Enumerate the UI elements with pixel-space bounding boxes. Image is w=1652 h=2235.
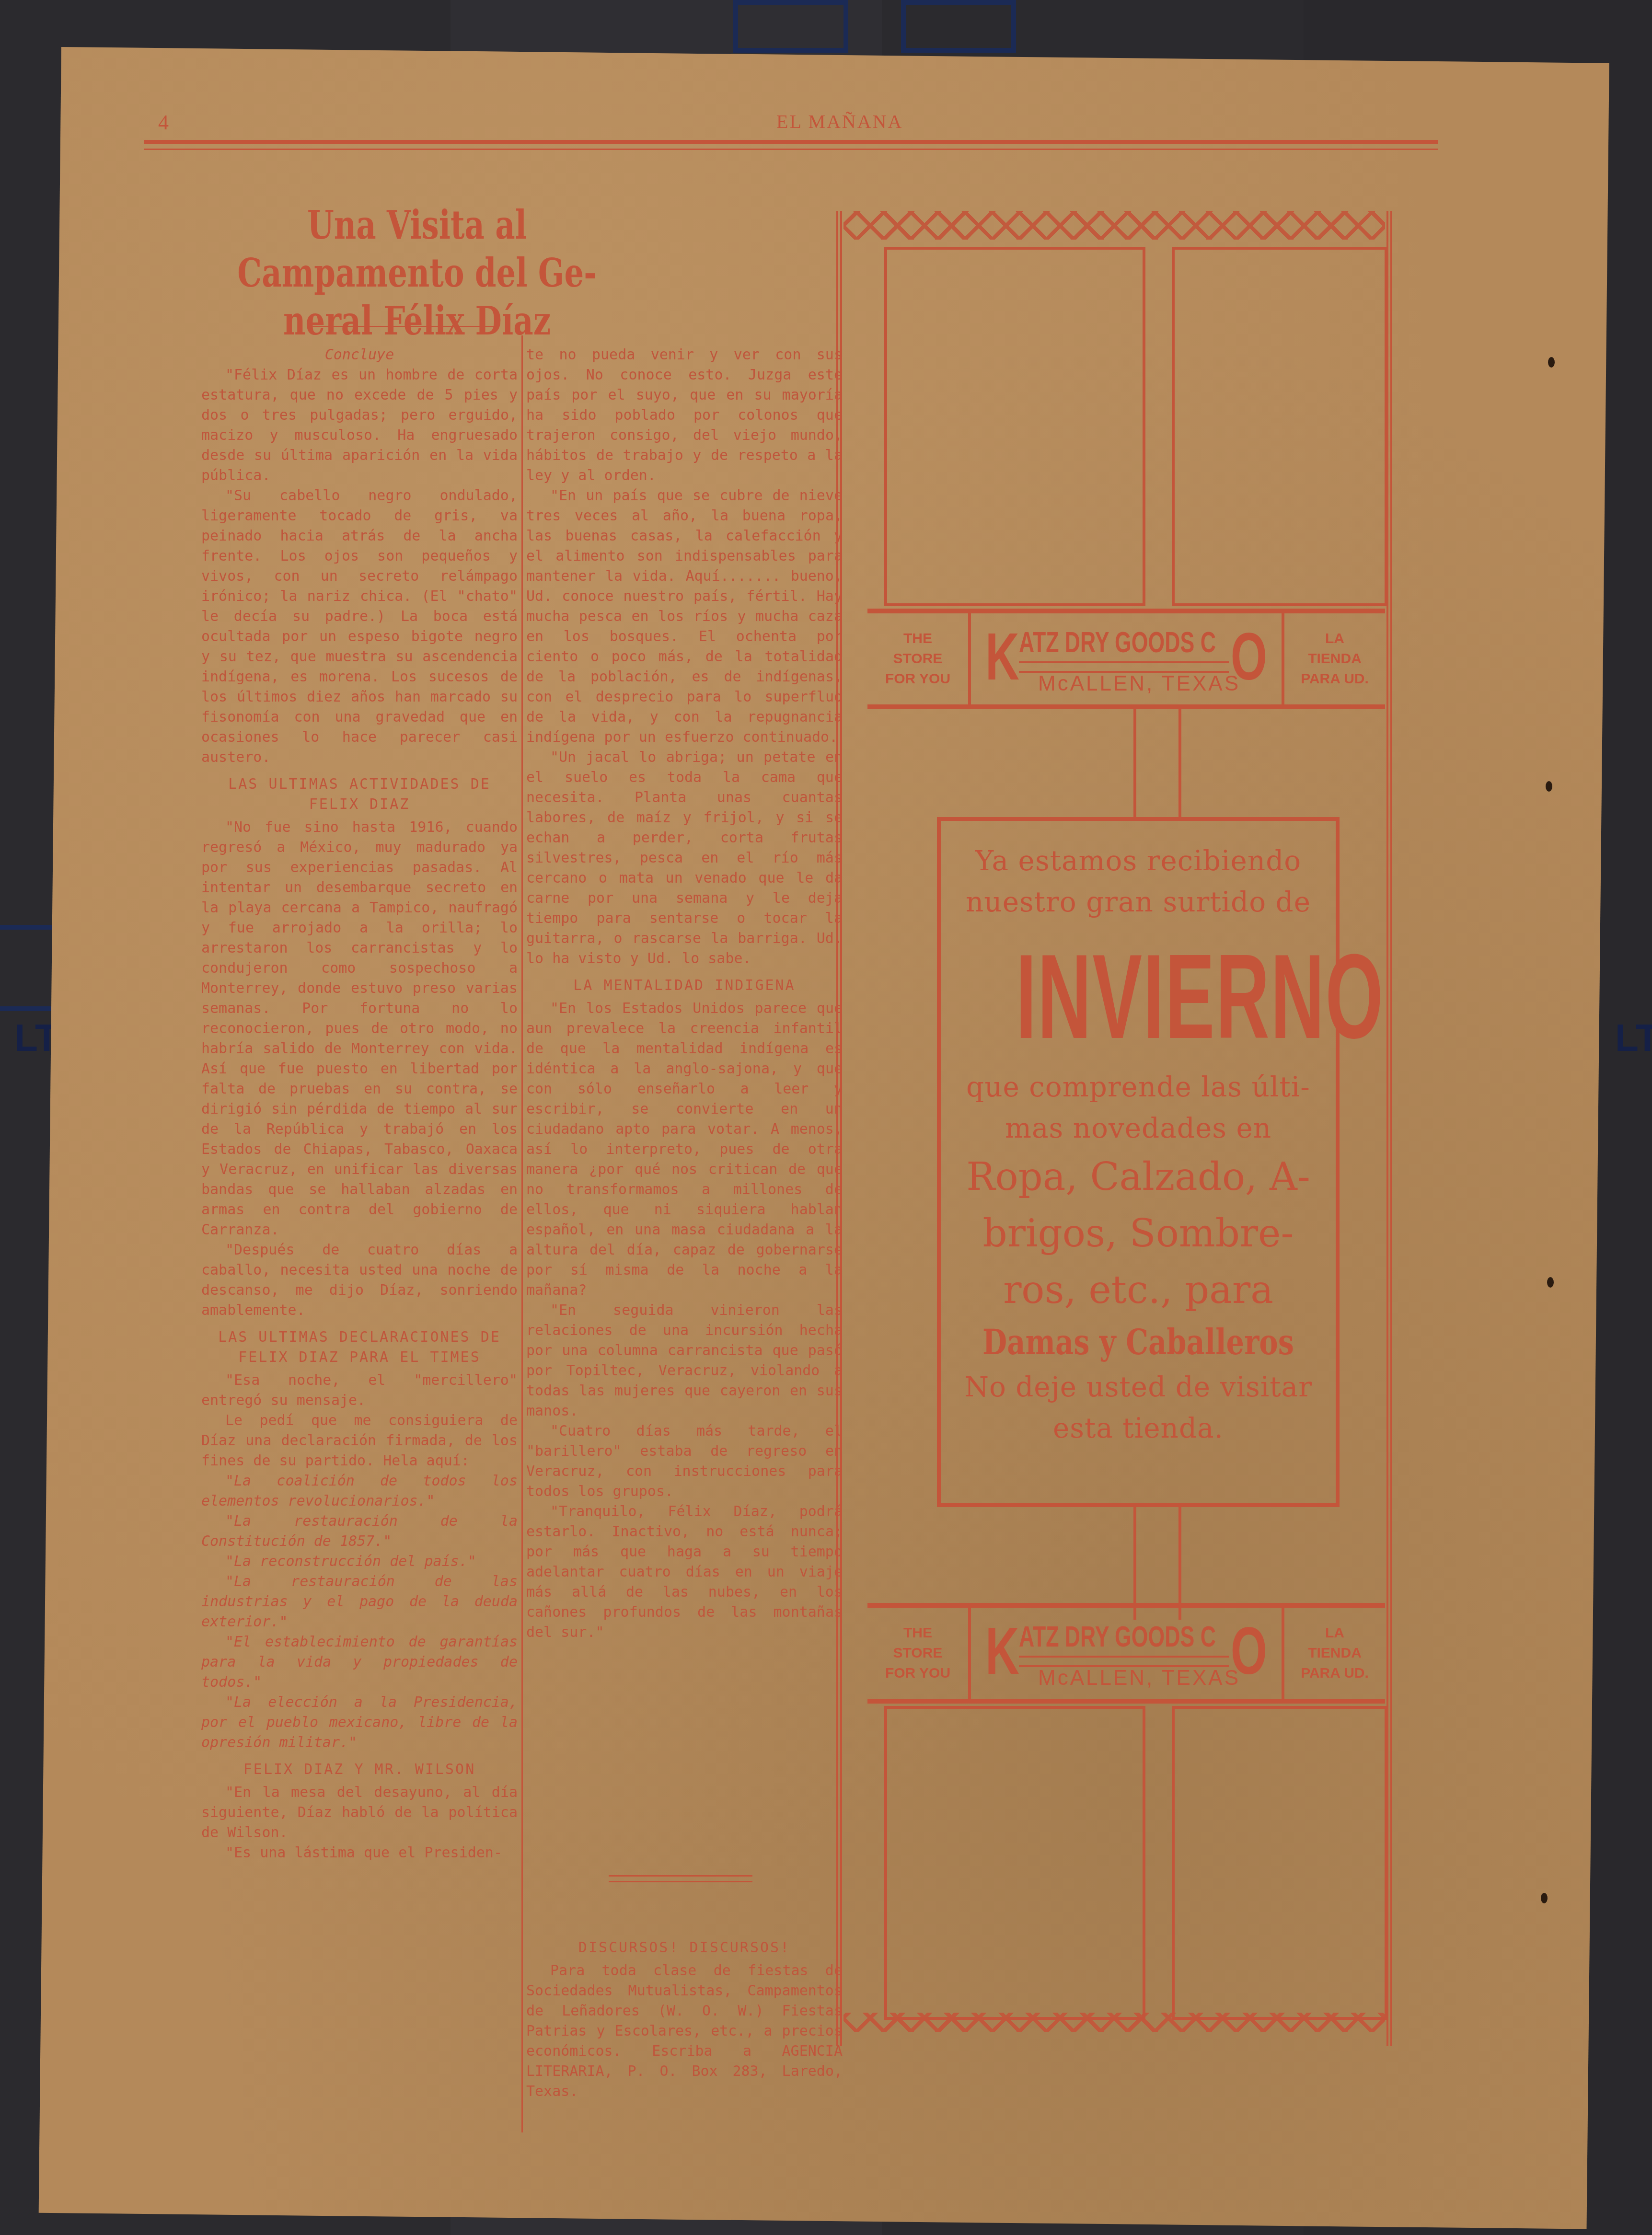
ad-line: esta tienda.: [941, 1407, 1336, 1449]
banner-store-name: K ATZ DRY GOODS C O McALLEN, TEXAS: [968, 1608, 1284, 1699]
subheading: LA MENTALIDAD INDIGENA: [526, 976, 843, 996]
header-rule-thick: [144, 140, 1438, 144]
paragraph: "En los Estados Unidos parece que aun pr…: [526, 999, 843, 1301]
paragraph: te no pueda venir y ver con sus ojos. No…: [526, 345, 843, 486]
banner-left-tag: THE STORE FOR YOU: [867, 613, 968, 704]
tag-line: STORE: [885, 1643, 950, 1663]
tag-line: THE: [885, 1623, 950, 1643]
headline-line-1: Una Visita al Campamento del Ge-: [211, 201, 623, 297]
continuation-label: Concluye: [201, 345, 518, 365]
paragraph: "Su cabello negro ondulado, ligeramente …: [201, 486, 518, 768]
paragraph: "En la mesa del desayuno, al día siguien…: [201, 1783, 518, 1843]
tag-line: TIENDA: [1301, 1643, 1369, 1663]
tag-line: TIENDA: [1301, 649, 1369, 669]
article-column-1: Concluye "Félix Díaz es un hombre de cor…: [201, 345, 518, 1863]
banner-store-name: K ATZ DRY GOODS C O McALLEN, TEXAS: [968, 613, 1284, 704]
masthead: EL MAÑANA: [776, 110, 903, 133]
store-name: ATZ DRY GOODS C: [1019, 1620, 1216, 1654]
ad-panel-top-left: [884, 247, 1145, 606]
article-headline: Una Visita al Campamento del Ge- neral F…: [211, 201, 623, 345]
ad-line: Ya estamos recibiendo: [941, 840, 1336, 881]
banner-right-tag: LA TIENDA PARA UD.: [1284, 613, 1385, 704]
ad-connector-top: [1133, 704, 1181, 819]
subheading: FELIX DIAZ Y MR. WILSON: [201, 1760, 518, 1780]
discursos-notice: DISCURSOS! DISCURSOS! Para toda clase de…: [526, 1931, 843, 2102]
page-number: 4: [158, 110, 169, 135]
notice-body: Para toda clase de fiestas de Sociedades…: [526, 1961, 843, 2102]
subheading: LAS ULTIMAS DECLARACIONES DE FELIX DIAZ …: [201, 1327, 518, 1368]
ad-headline: INVIERNO: [1016, 937, 1261, 1057]
ad-panel-bottom-right: [1172, 1706, 1387, 2020]
punch-hole: [1548, 357, 1555, 368]
article-end-rule: [609, 1875, 752, 1877]
banner-right-tag: LA TIENDA PARA UD.: [1284, 1608, 1385, 1699]
paragraph: "En un país que se cubre de nieve tres v…: [526, 486, 843, 748]
store-name-underline: [1019, 1656, 1229, 1667]
scanner-label-text-right: LT: [1615, 1016, 1652, 1060]
store-initial-k: K: [985, 623, 1019, 690]
store-city: McALLEN, TEXAS: [1038, 1666, 1240, 1690]
notice-title: DISCURSOS! DISCURSOS!: [526, 1938, 843, 1958]
banner-left-tag: THE STORE FOR YOU: [867, 1608, 968, 1699]
declaration-item: "La restauración de las industrias y el …: [201, 1572, 518, 1632]
punch-hole: [1541, 1893, 1548, 1903]
store-banner-bottom: THE STORE FOR YOU K ATZ DRY GOODS C O Mc…: [867, 1603, 1385, 1704]
ad-line: brigos, Sombre-: [941, 1205, 1336, 1262]
headline-line-2: neral Félix Díaz: [211, 297, 623, 345]
store-initial-k: K: [985, 1617, 1019, 1684]
store-city: McALLEN, TEXAS: [1038, 672, 1240, 696]
tag-line: FOR YOU: [885, 1663, 950, 1683]
ad-connector-bottom: [1133, 1505, 1181, 1620]
declaration-item: "La coalición de todos los elementos rev…: [201, 1471, 518, 1511]
paragraph: "Es una lástima que el Presiden-: [201, 1843, 518, 1863]
header-rule-thin: [144, 149, 1438, 150]
paragraph: "Esa noche, el "mercillero" entregó su m…: [201, 1371, 518, 1411]
scanner-clip-left: [733, 0, 848, 53]
ad-panel-top-right: [1172, 247, 1387, 606]
declaration-item: "La reconstrucción del país.": [201, 1552, 518, 1572]
paragraph: "Cuatro días más tarde, el "barillero" e…: [526, 1421, 843, 1502]
article-end-rule: [609, 1881, 752, 1882]
ad-line: ros, etc., para: [941, 1262, 1336, 1318]
tag-line: FOR YOU: [885, 669, 950, 689]
ad-line: que comprende las últi-: [941, 1066, 1336, 1107]
paragraph: "Después de cuatro días a caballo, neces…: [201, 1240, 518, 1321]
paragraph: "En seguida vinieron las relaciones de u…: [526, 1301, 843, 1421]
ad-line: mas novedades en: [941, 1107, 1336, 1149]
tag-line: PARA UD.: [1301, 1663, 1369, 1683]
store-name-underline: [1019, 661, 1229, 673]
column-divider: [521, 335, 523, 2132]
advertisement-body: Ya estamos recibiendo nuestro gran surti…: [937, 817, 1340, 1507]
ad-line: Ropa, Calzado, A-: [941, 1149, 1336, 1205]
tag-line: THE: [885, 629, 950, 649]
ad-line: No deje usted de visitar: [941, 1366, 1336, 1407]
declaration-item: "La restauración de la Constitución de 1…: [201, 1511, 518, 1552]
paragraph: "Félix Díaz es un hombre de corta estatu…: [201, 365, 518, 486]
paragraph: "Un jacal lo abriga; un petate en el sue…: [526, 748, 843, 969]
declaration-item: "El establecimiento de garantías para la…: [201, 1632, 518, 1693]
article-column-2: te no pueda venir y ver con sus ojos. No…: [526, 345, 843, 1643]
declaration-item: "La elección a la Presidencia, por el pu…: [201, 1693, 518, 1753]
ad-panel-bottom-left: [884, 1706, 1145, 2020]
ad-line: nuestro gran surtido de: [941, 881, 1336, 922]
tag-line: STORE: [885, 649, 950, 669]
scanner-clip-right: [901, 0, 1016, 53]
tag-line: PARA UD.: [1301, 669, 1369, 689]
paragraph: "No fue sino hasta 1916, cuando regresó …: [201, 818, 518, 1240]
subheading: LAS ULTIMAS ACTIVIDADES DE FELIX DIAZ: [201, 774, 518, 815]
tag-line: LA: [1301, 1623, 1369, 1643]
store-banner-top: THE STORE FOR YOU K ATZ DRY GOODS C O Mc…: [867, 609, 1385, 709]
tag-line: LA: [1301, 629, 1369, 649]
paragraph: Le pedí que me consiguiera de Díaz una d…: [201, 1411, 518, 1471]
paragraph: "Tranquilo, Félix Díaz, podrá estarlo. I…: [526, 1502, 843, 1643]
store-name: ATZ DRY GOODS C: [1019, 625, 1216, 659]
headline-rule: [312, 326, 494, 327]
punch-hole: [1546, 781, 1552, 792]
punch-hole: [1547, 1277, 1554, 1288]
ornamental-border-top: [843, 211, 1385, 240]
ad-line-bold: Damas y Caballeros: [976, 1318, 1300, 1366]
